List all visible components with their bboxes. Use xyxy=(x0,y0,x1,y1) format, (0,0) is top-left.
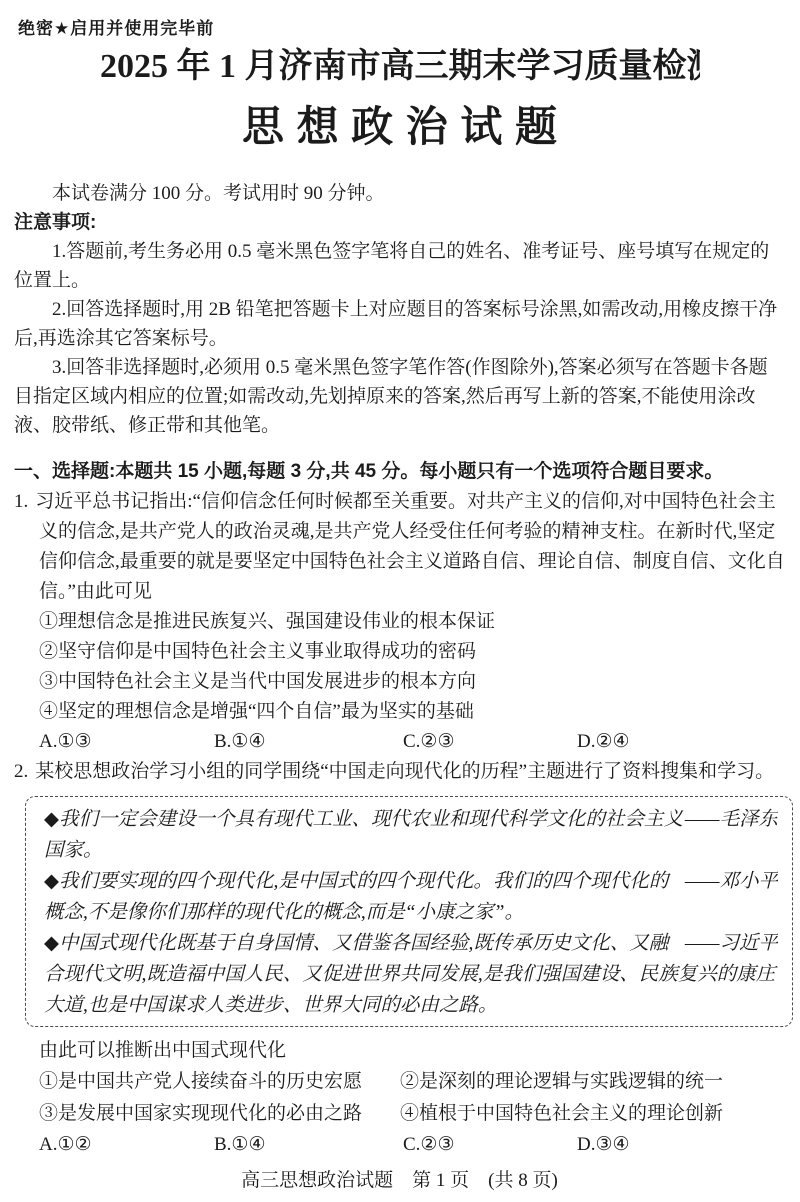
question-stem-line: 2.某校思想政治学习小组的同学围绕“中国走向现代化的历程”主题进行了资料搜集和学… xyxy=(14,757,785,787)
question-1: 1.习近平总书记指出:“信仰信念任何时候都至关重要。对共产主义的信仰,对中国特色… xyxy=(14,487,785,757)
section-header: 一、选择题:本题共 15 小题,每题 3 分,共 45 分。每小题只有一个选项符… xyxy=(14,456,785,487)
exam-subtitle: 思想政治试题 xyxy=(14,103,785,153)
quote-item: ——毛泽东◆我们一定会建设一个具有现代工业、现代农业和现代科学文化的社会主义国家… xyxy=(44,804,778,866)
quote-box: ——毛泽东◆我们一定会建设一个具有现代工业、现代农业和现代科学文化的社会主义国家… xyxy=(25,796,793,1027)
option-item: ③是发展中国家实现现代化的必由之路 xyxy=(39,1098,400,1130)
exam-page: 绝密★启用并使用完毕前 2025 年 1 月济南市高三期末学习质量检测 思想政治… xyxy=(0,0,800,1195)
choices-row: A.①③ B.①④ C.②③ D.②④ xyxy=(14,727,785,757)
quote-item: ——习近平◆中国式现代化既基于自身国情、又借鉴各国经验,既传承历史文化、又融合现… xyxy=(44,928,778,1021)
option-item: ①是中国共产党人接续奋斗的历史宏愿 xyxy=(39,1066,400,1098)
quote-author: ——习近平 xyxy=(685,928,778,959)
question-number: 1. xyxy=(14,491,35,512)
quote-text: ◆中国式现代化既基于自身国情、又借鉴各国经验,既传承历史文化、又融合现代文明,既… xyxy=(44,933,775,1016)
quote-text: ◆我们一定会建设一个具有现代工业、现代农业和现代科学文化的社会主义国家。 xyxy=(44,809,683,861)
secret-label: 绝密★启用并使用完毕前 xyxy=(18,14,785,39)
choice-item: C.②③ xyxy=(403,727,577,757)
option-item: ②是深刻的理论逻辑与实践逻辑的统一 xyxy=(400,1066,785,1098)
option-item: ②坚守信仰是中国特色社会主义事业取得成功的密码 xyxy=(14,637,785,667)
options-grid: ①是中国共产党人接续奋斗的历史宏愿 ②是深刻的理论逻辑与实践逻辑的统一 ③是发展… xyxy=(14,1066,785,1130)
choices-row: A.①② B.①④ C.②③ D.③④ xyxy=(14,1130,785,1160)
question-number: 2. xyxy=(14,761,35,782)
notice-title: 注意事项: xyxy=(14,208,785,237)
notice-item: 1.答题前,考生务必用 0.5 毫米黑色签字笔将自己的姓名、准考证号、座号填写在… xyxy=(14,237,785,295)
choice-item: D.②④ xyxy=(577,727,785,757)
choice-item: B.①④ xyxy=(214,1130,403,1160)
question-stem: 某校思想政治学习小组的同学围绕“中国走向现代化的历程”主题进行了资料搜集和学习。 xyxy=(35,761,774,782)
option-item: ①理想信念是推进民族复兴、强国建设伟业的根本保证 xyxy=(14,607,785,637)
quote-author: ——毛泽东 xyxy=(685,804,778,835)
quote-author: ——邓小平 xyxy=(685,866,778,897)
quote-item: ——邓小平◆我们要实现的四个现代化,是中国式的四个现代化。我们的四个现代化的概念… xyxy=(44,866,778,928)
choice-item: B.①④ xyxy=(214,727,403,757)
quote-text: ◆我们要实现的四个现代化,是中国式的四个现代化。我们的四个现代化的概念,不是像你… xyxy=(44,871,668,923)
option-item: ③中国特色社会主义是当代中国发展进步的根本方向 xyxy=(14,667,785,697)
exam-title: 2025 年 1 月济南市高三期末学习质量检测 xyxy=(100,47,700,87)
option-item: ④坚定的理想信念是增强“四个自信”最为坚实的基础 xyxy=(14,697,785,727)
page-footer: 高三思想政治试题 第 1 页 (共 8 页) xyxy=(14,1167,785,1195)
choice-item: C.②③ xyxy=(403,1130,577,1160)
question-stem-line: 1.习近平总书记指出:“信仰信念任何时候都至关重要。对共产主义的信仰,对中国特色… xyxy=(14,487,785,607)
question-stem: 习近平总书记指出:“信仰信念任何时候都至关重要。对共产主义的信仰,对中国特色社会… xyxy=(35,491,785,602)
choice-item: D.③④ xyxy=(577,1130,785,1160)
choice-item: A.①② xyxy=(39,1130,214,1160)
exam-info: 本试卷满分 100 分。考试用时 90 分钟。 xyxy=(14,179,785,208)
question-2: 2.某校思想政治学习小组的同学围绕“中国走向现代化的历程”主题进行了资料搜集和学… xyxy=(14,757,785,1160)
notice-item: 2.回答选择题时,用 2B 铅笔把答题卡上对应题目的答案标号涂黑,如需改动,用橡… xyxy=(14,295,785,353)
notice-item: 3.回答非选择题时,必须用 0.5 毫米黑色签字笔作答(作图除外),答案必须写在… xyxy=(14,353,785,440)
question-followup: 由此可以推断出中国式现代化 xyxy=(14,1036,785,1066)
choice-item: A.①③ xyxy=(39,727,214,757)
option-item: ④植根于中国特色社会主义的理论创新 xyxy=(400,1098,785,1130)
